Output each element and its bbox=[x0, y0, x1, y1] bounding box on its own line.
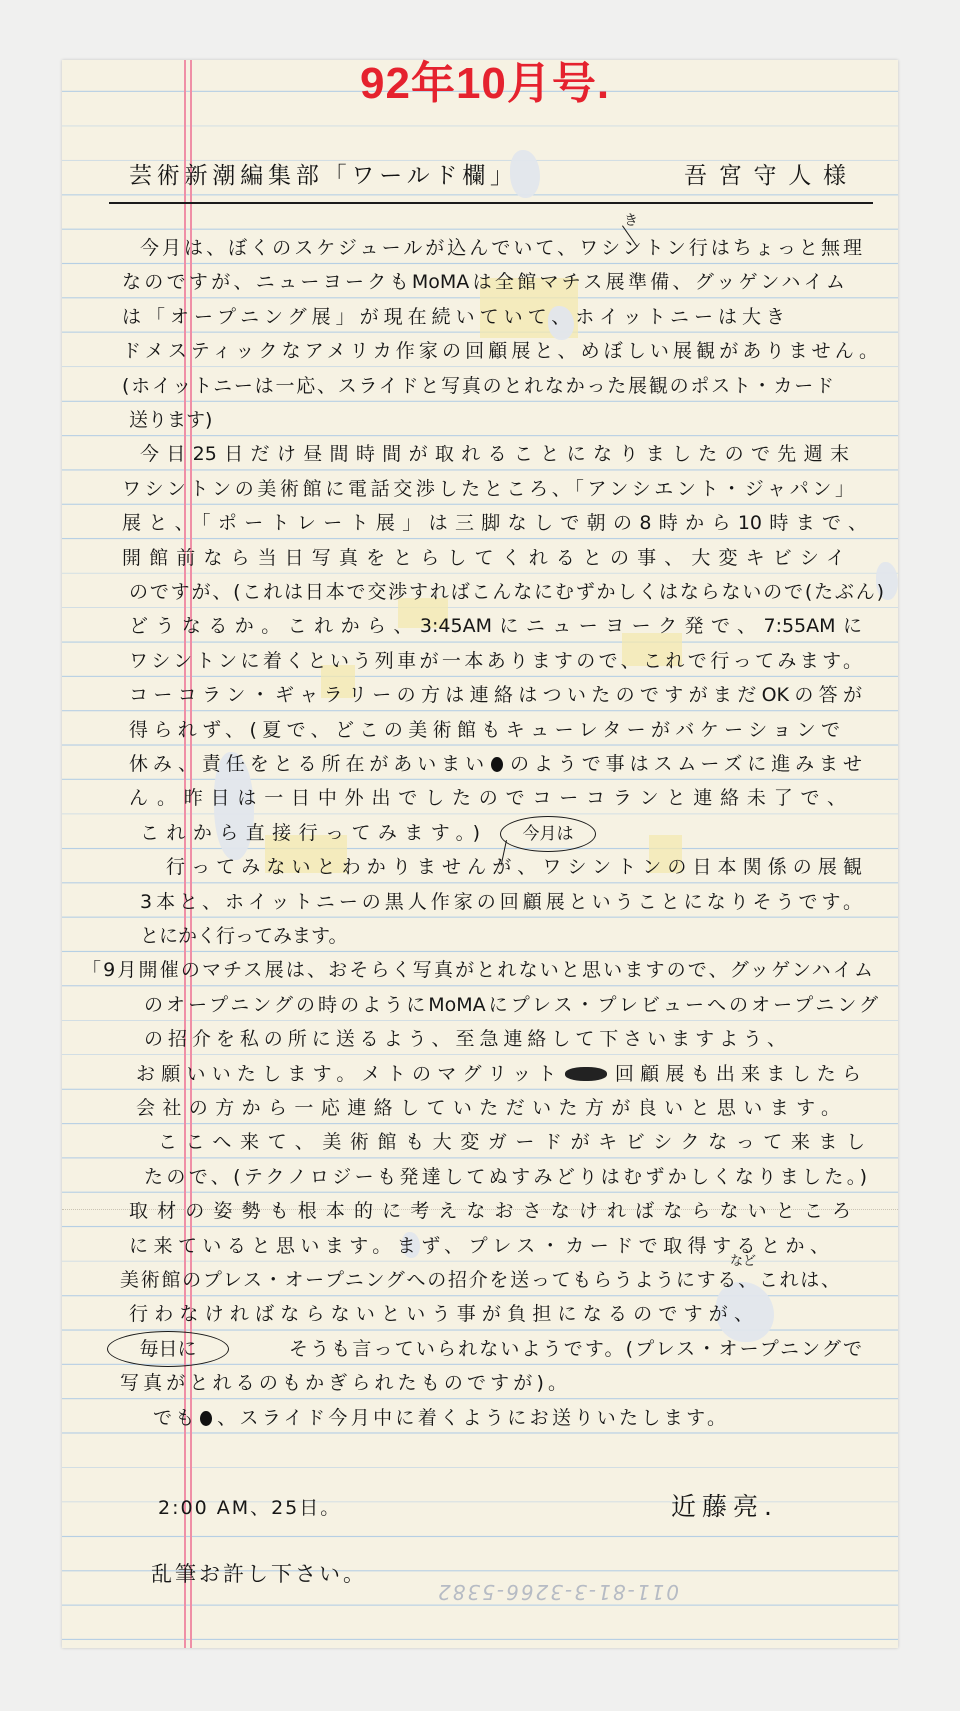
recipient-department: 芸術新潮編集部「ワールド欄」 bbox=[129, 158, 513, 194]
letter-line: 休み、責任をとる所在があいまいのようで事はスムーズに進みませ bbox=[129, 745, 862, 779]
letter-line: たので、(テクノロジーも発達してぬすみどりはむずかしくなりました。) bbox=[144, 1158, 867, 1192]
line-segment: 、スライド今月中に着くようにお送りいたします。 bbox=[214, 1407, 726, 1429]
letter-line: 今月は、ぼくのスケジュールが込んでいて、ワシントン行はちょっと無理 bbox=[140, 229, 862, 263]
scanned-letter-page: 92年10月号. 芸術新潮編集部「ワールド欄」 吾宮守人様 今月は、ぼくのスケジ… bbox=[0, 0, 960, 1711]
circled-note-every-day: 毎日に bbox=[107, 1331, 229, 1367]
letter-line: どうなるか。これから、3:45AMにニューヨーク発で、7:55AMに bbox=[129, 607, 862, 641]
letter-line: 今日25日だけ昼間時間が取れることになりましたので先週末 bbox=[140, 435, 849, 469]
pencil-phone-note: 011-81-3-3266-5382 bbox=[436, 1580, 679, 1604]
letter-line: でも、スライド今月中に着くようにお送りいたします。 bbox=[153, 1399, 726, 1433]
letter-line: ドメスティックなアメリカ作家の回顧展と、めぼしい展観がありません。 bbox=[122, 332, 878, 366]
letter-line: 開館前なら当日写真をとらしてくれるとの事、大変キビシイ bbox=[122, 539, 845, 573]
letter-line: そうも言っていられないようです。(プレス・オープニングで bbox=[289, 1330, 862, 1364]
written-time: 2:00 AM、25日。 bbox=[158, 1490, 341, 1526]
letter-line: に来ていると思います。まず、プレス・カードで取得するとか、 bbox=[129, 1227, 829, 1261]
insertion-nado: など bbox=[730, 1250, 756, 1269]
line-segment: 休み、責任をとる所在があいまい bbox=[129, 753, 489, 775]
letter-line: 3本と、ホイットニーの黒人作家の回顧展ということになりそうです。 bbox=[140, 883, 862, 917]
ink-blot bbox=[491, 757, 503, 772]
letter-line: ワシントンに着くという列車が一本ありますので、これで行ってみます。 bbox=[129, 642, 862, 676]
letter-line: 「9月開催のマチス展は、おそらく写真がとれないと思いますので、グッゲンハイム bbox=[82, 951, 873, 985]
ink-blot bbox=[200, 1411, 212, 1426]
line-segment: でも bbox=[153, 1407, 198, 1429]
header-underline bbox=[109, 202, 873, 204]
letter-line: 行ってみないとわかりませんが、ワシントンの日本関係の展観 bbox=[166, 848, 862, 882]
recipient-name: 吾宮守人様 bbox=[684, 158, 846, 194]
letter-line: ワシントンの美術館に電話交渉したところ、「アンシエント・ジャパン」 bbox=[122, 470, 854, 504]
letter-line: 写真がとれるのもかぎられたものですが)。 bbox=[120, 1364, 567, 1398]
letter-line: 得られず、(夏で、どこの美術館もキューレターがバケーションで bbox=[129, 711, 840, 745]
scribbled-out-word bbox=[565, 1067, 607, 1081]
letter-line: のですが、(これは日本で交渉すればこんなにむずかしくはならないので(たぶん) bbox=[129, 573, 884, 607]
issue-note-red: 92年10月号. bbox=[360, 58, 610, 110]
letter-line: ん。昨日は一日中外出でしたのでコーコランと連絡未了で、 bbox=[129, 779, 846, 813]
signature: 近藤亮. bbox=[671, 1487, 778, 1527]
letter-line: (ホイットニーは一応、スライドと写真のとれなかった展観のポスト・カード bbox=[122, 367, 834, 401]
insertion-ki: き bbox=[624, 210, 638, 230]
line-segment: お願いいたします。メトのマグリット bbox=[136, 1063, 563, 1085]
circled-note-this-month: 今月は bbox=[500, 816, 596, 852]
letter-line: のオープニングの時のようにMoMAにプレス・プレビューへのオープニング bbox=[144, 986, 878, 1020]
letter-line: 展と、「ポートレート展」は三脚なしで朝の8時から10時まで、 bbox=[122, 504, 867, 538]
letter-line: なのですが、ニューヨークもMoMAは全館マチス展準備、グッゲンハイム bbox=[122, 263, 845, 297]
letter-line: これから直接行ってみます。) bbox=[140, 814, 480, 848]
letter-line: 行わなければならないという事が負担になるのですが、 bbox=[129, 1295, 753, 1329]
letter-line: 取材の姿勢も根本的に考えなおさなければならないところ bbox=[129, 1192, 851, 1226]
letter-line: お願いいたします。メトのマグリット回顧展も出来ましたら bbox=[136, 1055, 861, 1089]
letter-line: とにかく行ってみます。 bbox=[140, 917, 347, 951]
letter-line: 会社の方から一応連絡していただいた方が良いと思います。 bbox=[136, 1089, 840, 1123]
line-segment: のようで事はスムーズに進みませ bbox=[505, 753, 862, 775]
letter-line: ここへ来て、美術館も大変ガードがキビシクなって来まし bbox=[158, 1123, 865, 1157]
letter-line: コーコラン・ギャラリーの方は連絡はついたのですがまだOKの答が bbox=[129, 676, 862, 710]
letter-line: は「オープニング展」が現在続いていて、ホイットニーは大き bbox=[122, 298, 785, 332]
letter-line: 送ります) bbox=[129, 401, 212, 435]
line-segment: 回顧展も出来ましたら bbox=[609, 1063, 861, 1085]
closing-remark: 乱筆お許し下さい。 bbox=[151, 1556, 367, 1592]
letter-line: の招介を私の所に送るよう、至急連絡して下さいますよう、 bbox=[144, 1020, 786, 1054]
